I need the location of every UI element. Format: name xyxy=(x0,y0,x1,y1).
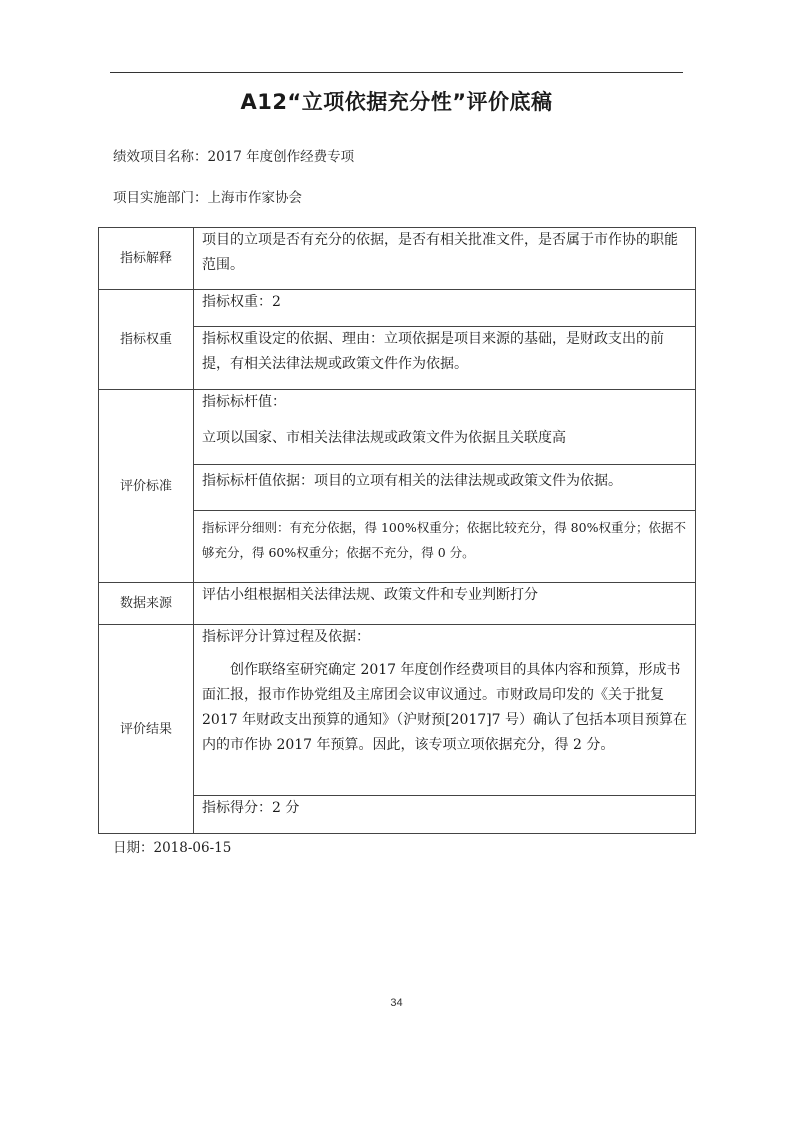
cell-text: 指标评分细则：有充分依据，得 100%权重分；依据比较充分，得 80%权重分；依… xyxy=(202,511,687,565)
indicator-explanation-cell: 项目的立项是否有充分的依据，是否有相关批准文件，是否属于市作协的职能范围。 xyxy=(194,228,696,290)
cell-heading: 指标标杆值： xyxy=(202,390,687,415)
row-label: 数据来源 xyxy=(99,583,194,625)
row-label: 指标权重 xyxy=(99,290,194,390)
cell-text: 项目的立项是否有充分的依据，是否有相关批准文件，是否属于市作协的职能范围。 xyxy=(202,228,687,278)
evaluation-table: 指标解释 项目的立项是否有充分的依据，是否有相关批准文件，是否属于市作协的职能范… xyxy=(98,227,696,834)
cell-text: 指标权重：2 xyxy=(202,290,687,315)
table-row-data-source: 数据来源 评估小组根据相关法律法规、政策文件和专业判断打分 xyxy=(99,583,696,625)
cell-text: 创作联络室研究确定 2017 年度创作经费项目的具体内容和预算，形成书面汇报，报… xyxy=(202,658,687,758)
table-row-evaluation-result: 评价结果 指标评分计算过程及依据： 创作联络室研究确定 2017 年度创作经费项… xyxy=(99,625,696,796)
document-date: 日期：2018-06-15 xyxy=(113,836,231,856)
cell-text: 指标权重设定的依据、理由：立项依据是项目来源的基础，是财政支出的前提，有相关法律… xyxy=(202,327,687,377)
final-score-cell: 指标得分：2 分 xyxy=(194,796,696,834)
benchmark-basis-cell: 指标标杆值依据：项目的立项有相关的法律法规或政策文件为依据。 xyxy=(194,465,696,511)
header-rule xyxy=(110,72,683,73)
cell-text: 指标标杆值依据：项目的立项有相关的法律法规或政策文件为依据。 xyxy=(202,465,687,494)
row-label: 评价标准 xyxy=(99,390,194,583)
cell-text: 立项以国家、市相关法律法规或政策文件为依据且关联度高 xyxy=(202,426,687,451)
implementing-department: 项目实施部门：上海市作家协会 xyxy=(113,186,302,206)
table-row-indicator-weight: 指标权重 指标权重：2 xyxy=(99,290,696,327)
data-source-cell: 评估小组根据相关法律法规、政策文件和专业判断打分 xyxy=(194,583,696,625)
scoring-rules-cell: 指标评分细则：有充分依据，得 100%权重分；依据比较充分，得 80%权重分；依… xyxy=(194,511,696,583)
page-number: 34 xyxy=(0,997,793,1009)
weight-value-cell: 指标权重：2 xyxy=(194,290,696,327)
weight-rationale-cell: 指标权重设定的依据、理由：立项依据是项目来源的基础，是财政支出的前提，有相关法律… xyxy=(194,327,696,390)
document-title: A12“立项依据充分性”评价底稿 xyxy=(0,86,793,116)
cell-text: 指标得分：2 分 xyxy=(202,796,687,821)
cell-heading: 指标评分计算过程及依据： xyxy=(202,625,687,650)
calculation-process-cell: 指标评分计算过程及依据： 创作联络室研究确定 2017 年度创作经费项目的具体内… xyxy=(194,625,696,796)
project-name: 绩效项目名称：2017 年度创作经费专项 xyxy=(113,145,354,165)
cell-text: 评估小组根据相关法律法规、政策文件和专业判断打分 xyxy=(202,583,687,608)
table-row-evaluation-standard: 评价标准 指标标杆值： 立项以国家、市相关法律法规或政策文件为依据且关联度高 xyxy=(99,390,696,465)
row-label: 指标解释 xyxy=(99,228,194,290)
row-label: 评价结果 xyxy=(99,625,194,834)
benchmark-cell: 指标标杆值： 立项以国家、市相关法律法规或政策文件为依据且关联度高 xyxy=(194,390,696,465)
table-row-indicator-explanation: 指标解释 项目的立项是否有充分的依据，是否有相关批准文件，是否属于市作协的职能范… xyxy=(99,228,696,290)
